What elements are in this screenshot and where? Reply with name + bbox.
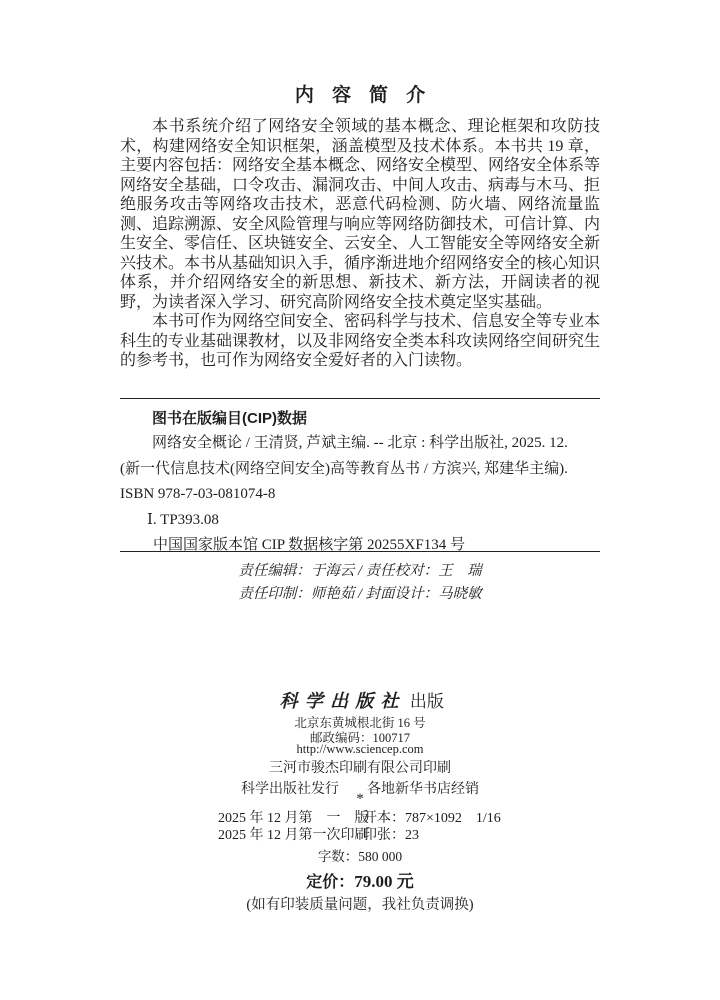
cip-series-line: (新一代信息技术(网络空间安全)高等教育丛书 / 方滨兴, 郑建华主编). xyxy=(120,457,630,482)
publisher-logo-line: 科学出版社 出版 xyxy=(0,687,720,713)
copyright-page: 内容简介 本书系统介绍了网络安全领域的基本概念、理论框架和攻防技术，构建网络安全… xyxy=(0,0,720,1000)
impression-date: 2025 年 12 月第一次印刷 xyxy=(218,828,363,845)
sheet-count: 印张：23 xyxy=(363,828,419,843)
impression-row: 2025 年 12 月第一次印刷印张：23 xyxy=(218,828,501,845)
format-spec: 开本：787×1092 1/16 xyxy=(363,811,501,826)
publisher-logo-suffix: 出版 xyxy=(406,692,444,711)
cip-heading: 图书在版编目(CIP)数据 xyxy=(120,406,630,431)
word-count: 字数：580 000 xyxy=(0,845,720,865)
divider-middle xyxy=(120,551,600,552)
edition-row: 2025 年 12 月第 一 版开本：787×1092 1/16 xyxy=(218,811,501,828)
intro-paragraph-2: 本书可作为网络空间安全、密码科学与技术、信息安全等专业本科生的专业基础课教材，以… xyxy=(120,312,600,371)
intro-title: 内容简介 xyxy=(120,84,600,108)
staff-section: 责任编辑：于海云 / 责任校对：王 瑞 责任印制：师艳茹 / 封面设计：马晓敏 xyxy=(0,560,720,605)
price-line: 定价：79.00 元 xyxy=(0,867,720,892)
cip-isbn: ISBN 978-7-03-081074-8 xyxy=(120,482,630,507)
divider-top xyxy=(120,398,600,399)
publisher-printer: 三河市骏杰印刷有限公司印刷 xyxy=(0,757,720,777)
cip-registry: 中国国家版本馆 CIP 数据核字第 20255XF134 号 xyxy=(120,533,630,558)
cip-section: 图书在版编目(CIP)数据 网络安全概论 / 王清贤, 芦斌主编. -- 北京 … xyxy=(120,406,630,558)
intro-paragraph-1: 本书系统介绍了网络安全领域的基本概念、理论框架和攻防技术，构建网络安全知识框架，… xyxy=(120,117,600,312)
cip-title-line: 网络安全概论 / 王清贤, 芦斌主编. -- 北京 : 科学出版社, 2025.… xyxy=(120,431,630,456)
price-value: 79.00 元 xyxy=(354,872,414,891)
staff-print-design-line: 责任印制：师艳茹 / 封面设计：马晓敏 xyxy=(0,583,720,606)
publisher-website: http://www.sciencep.com xyxy=(0,742,720,757)
staff-editors-line: 责任编辑：于海云 / 责任校对：王 瑞 xyxy=(0,560,720,583)
publisher-logo: 科学出版社 xyxy=(276,691,406,711)
intro-section: 内容简介 本书系统介绍了网络安全领域的基本概念、理论框架和攻防技术，构建网络安全… xyxy=(120,84,600,371)
separator-star: * xyxy=(0,791,720,808)
cip-class-code: Ⅰ. TP393.08 xyxy=(120,508,630,533)
price-label: 定价： xyxy=(306,874,354,891)
edition-date: 2025 年 12 月第 一 版 xyxy=(218,811,363,828)
printrun-section: 2025 年 12 月第 一 版开本：787×1092 1/16 2025 年 … xyxy=(218,811,501,845)
quality-note: (如有印装质量问题，我社负责调换) xyxy=(0,893,720,914)
